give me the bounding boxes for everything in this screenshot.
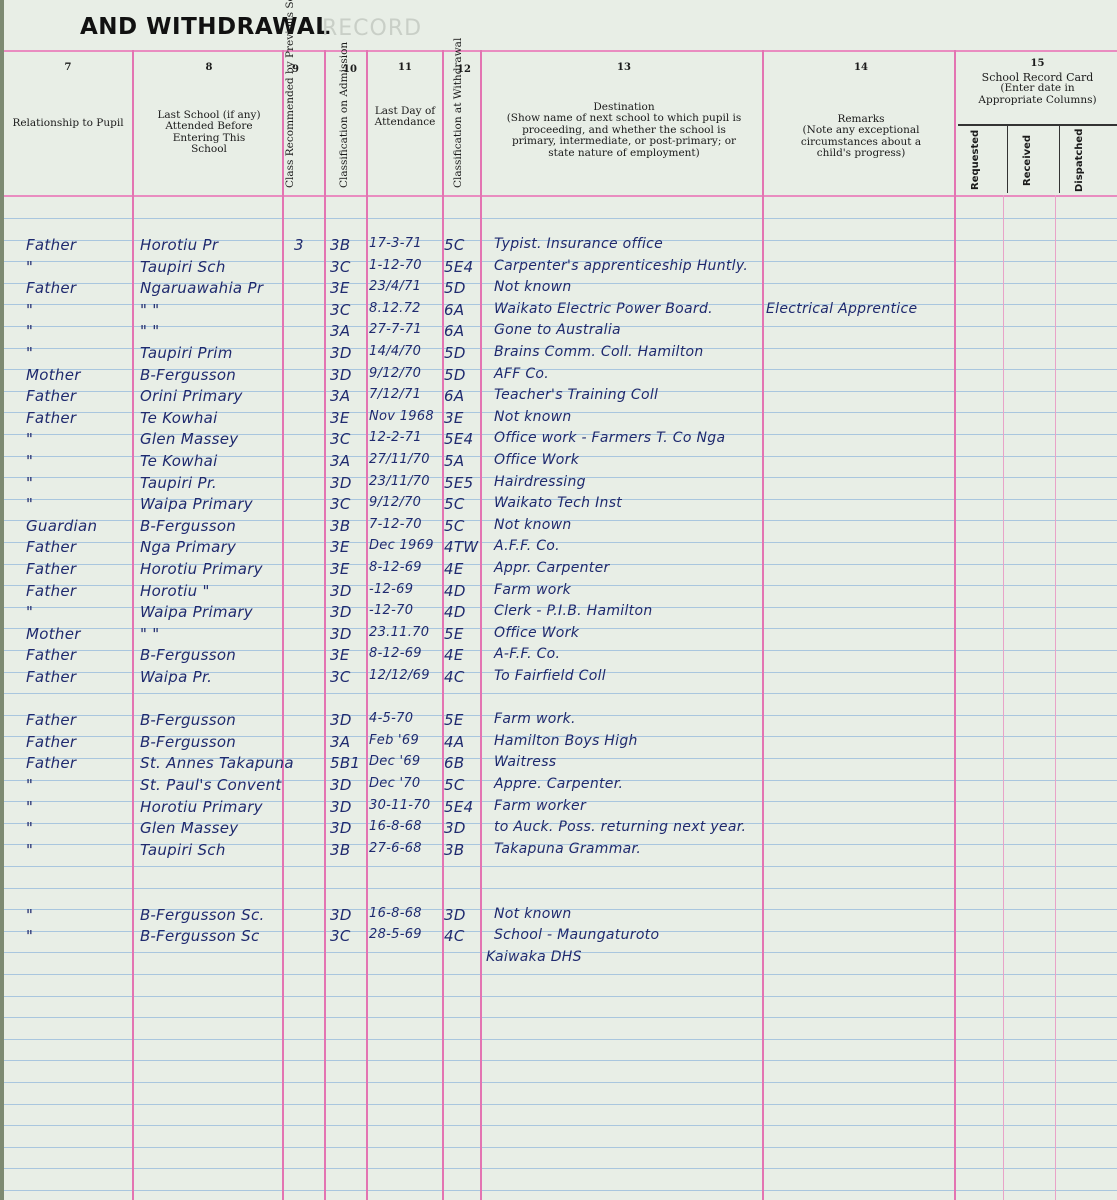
cell-admission: 3B bbox=[330, 841, 350, 859]
cell-withdrawal: 5E5 bbox=[444, 474, 473, 492]
cell-admission: 3A bbox=[330, 452, 350, 470]
column-rule bbox=[324, 50, 326, 1200]
cell-withdrawal: 5E4 bbox=[444, 798, 473, 816]
cell-last-day: 27-7-71 bbox=[369, 322, 422, 337]
cell-relationship: Mother bbox=[26, 625, 81, 643]
cell-destination: Clerk - P.I.B. Hamilton bbox=[494, 603, 653, 619]
cell-last-school: Te Kowhai bbox=[140, 409, 218, 427]
cell-destination: Gone to Australia bbox=[494, 322, 621, 338]
record-card-divider bbox=[958, 124, 1117, 126]
cell-admission: 3C bbox=[330, 668, 351, 686]
cell-destination: Waitress bbox=[494, 754, 556, 770]
cell-last-school: " " bbox=[140, 301, 159, 319]
cell-withdrawal: 6B bbox=[444, 754, 464, 772]
cell-relationship: Father bbox=[26, 236, 76, 254]
column-rule bbox=[282, 50, 284, 1200]
cell-withdrawal: 5D bbox=[444, 344, 466, 362]
cell-destination: Farm worker bbox=[494, 798, 586, 814]
cell-relationship: Father bbox=[26, 538, 76, 556]
cell-relationship: " bbox=[26, 258, 33, 276]
cell-withdrawal: 5D bbox=[444, 279, 466, 297]
cell-withdrawal: 5D bbox=[444, 366, 466, 384]
cell-withdrawal: 5C bbox=[444, 236, 465, 254]
ruled-line bbox=[4, 974, 1117, 975]
cell-withdrawal: 5C bbox=[444, 495, 465, 513]
cell-withdrawal: 5A bbox=[444, 452, 464, 470]
cell-last-day: 4-5-70 bbox=[369, 711, 413, 726]
cell-relationship: " bbox=[26, 798, 33, 816]
cell-destination: Farm work bbox=[494, 582, 571, 598]
cell-last-school: Waipa Pr. bbox=[140, 668, 212, 686]
cell-admission: 3E bbox=[330, 538, 350, 556]
cell-admission: 3D bbox=[330, 625, 352, 643]
cell-relationship: " bbox=[26, 927, 33, 945]
cell-relationship: Father bbox=[26, 711, 76, 729]
cell-admission: 3E bbox=[330, 560, 350, 578]
cell-destination: Waikato Tech Inst bbox=[494, 495, 622, 511]
cell-last-day: 23/4/71 bbox=[369, 279, 421, 294]
column-rule bbox=[132, 50, 134, 1200]
cell-destination: Teacher's Training Coll bbox=[494, 387, 658, 403]
cell-withdrawal: 4E bbox=[444, 560, 464, 578]
cell-last-school: Waipa Primary bbox=[140, 495, 253, 513]
cell-destination-line2: Kaiwaka DHS bbox=[486, 949, 582, 965]
column-rule bbox=[480, 50, 482, 1200]
cell-admission: 5B1 bbox=[330, 754, 360, 772]
ruled-line bbox=[4, 1060, 1117, 1061]
header-col-9-label: Class Recommended by Previous School bbox=[285, 78, 296, 188]
cell-last-school: B-Fergusson bbox=[140, 711, 236, 729]
cell-last-day: 9/12/70 bbox=[369, 366, 421, 381]
ruled-line bbox=[4, 1082, 1117, 1083]
header-col-10-label: Classification on Admission bbox=[339, 78, 350, 188]
cell-destination: Carpenter's apprenticeship Huntly. bbox=[494, 258, 748, 274]
cell-destination: Office work - Farmers T. Co Nga bbox=[494, 430, 725, 446]
ruled-line bbox=[4, 1104, 1117, 1105]
cell-last-school: Orini Primary bbox=[140, 387, 243, 405]
cell-withdrawal: 3D bbox=[444, 819, 466, 837]
cell-relationship: " bbox=[26, 322, 33, 340]
column-rule bbox=[366, 50, 368, 1200]
cell-last-day: 16-8-68 bbox=[369, 906, 422, 921]
cell-last-day: 8-12-69 bbox=[369, 646, 422, 661]
column-rule bbox=[1055, 195, 1056, 1200]
cell-last-school: Taupiri Sch bbox=[140, 841, 226, 859]
cell-last-school: Taupiri Pr. bbox=[140, 474, 217, 492]
cell-last-day: 28-5-69 bbox=[369, 927, 422, 942]
cell-admission: 3D bbox=[330, 474, 352, 492]
cell-admission: 3D bbox=[330, 711, 352, 729]
cell-relationship: " bbox=[26, 841, 33, 859]
column-rule bbox=[762, 50, 764, 1200]
cell-admission: 3E bbox=[330, 279, 350, 297]
cell-last-school: Horotiu Primary bbox=[140, 798, 263, 816]
cell-admission: 3E bbox=[330, 409, 350, 427]
ruled-line bbox=[4, 1125, 1117, 1126]
cell-last-day: 23.11.70 bbox=[369, 625, 429, 640]
header-col-14: 14 Remarks (Note any exceptional circums… bbox=[766, 62, 956, 160]
cell-admission: 3B bbox=[330, 236, 350, 254]
cell-relationship: " bbox=[26, 906, 33, 924]
cell-relationship: Father bbox=[26, 733, 76, 751]
cell-destination: AFF Co. bbox=[494, 366, 549, 382]
cell-last-day: Dec 1969 bbox=[369, 538, 434, 553]
cell-admission: 3C bbox=[330, 430, 351, 448]
cell-relationship: " bbox=[26, 344, 33, 362]
cell-relationship: " bbox=[26, 301, 33, 319]
cell-class-recommended: 3 bbox=[294, 236, 304, 254]
cell-last-school: Horotiu Primary bbox=[140, 560, 263, 578]
cell-destination: Hairdressing bbox=[494, 474, 586, 490]
record-card-sub-divider bbox=[1059, 125, 1060, 193]
cell-withdrawal: 5C bbox=[444, 776, 465, 794]
cell-admission: 3C bbox=[330, 258, 351, 276]
cell-destination: to Auck. Poss. returning next year. bbox=[494, 819, 746, 835]
ruled-line bbox=[4, 1168, 1117, 1169]
cell-relationship: Mother bbox=[26, 366, 81, 384]
cell-destination: Not known bbox=[494, 409, 572, 425]
cell-relationship: Father bbox=[26, 409, 76, 427]
cell-last-school: St. Annes Takapuna bbox=[140, 754, 294, 772]
cell-destination: Appr. Carpenter bbox=[494, 560, 610, 576]
ruled-line bbox=[4, 1017, 1117, 1018]
cell-last-day: 14/4/70 bbox=[369, 344, 421, 359]
cell-withdrawal: 6A bbox=[444, 322, 464, 340]
cell-admission: 3D bbox=[330, 582, 352, 600]
record-card-sub-divider bbox=[1007, 125, 1008, 193]
ruled-line bbox=[4, 1190, 1117, 1191]
cell-relationship: Father bbox=[26, 668, 76, 686]
cell-destination: Office Work bbox=[494, 625, 579, 641]
cell-destination: Takapuna Grammar. bbox=[494, 841, 641, 857]
cell-withdrawal: 4D bbox=[444, 603, 466, 621]
ruled-line bbox=[4, 1147, 1117, 1148]
column-rule bbox=[1003, 195, 1004, 1200]
cell-last-day: Feb '69 bbox=[369, 733, 419, 748]
cell-admission: 3C bbox=[330, 495, 351, 513]
cell-last-day: 12/12/69 bbox=[369, 668, 430, 683]
cell-last-school: Nga Primary bbox=[140, 538, 236, 556]
cell-admission: 3D bbox=[330, 344, 352, 362]
cell-last-school: B-Fergusson bbox=[140, 646, 236, 664]
cell-destination: Not known bbox=[494, 517, 572, 533]
cell-destination: Office Work bbox=[494, 452, 579, 468]
cell-withdrawal: 5E bbox=[444, 625, 464, 643]
cell-last-day: 7/12/71 bbox=[369, 387, 421, 402]
cell-withdrawal: 4C bbox=[444, 668, 465, 686]
cell-last-day: Dec '69 bbox=[369, 754, 421, 769]
cell-last-school: " " bbox=[140, 625, 159, 643]
ruled-line bbox=[4, 996, 1117, 997]
cell-admission: 3C bbox=[330, 927, 351, 945]
cell-last-school: Horotiu " bbox=[140, 582, 210, 600]
cell-withdrawal: 5C bbox=[444, 517, 465, 535]
cell-destination: Typist. Insurance office bbox=[494, 236, 663, 252]
cell-withdrawal: 6A bbox=[444, 387, 464, 405]
show-through-title: RECORD bbox=[322, 16, 422, 41]
subcol-requested: Requested bbox=[970, 128, 981, 192]
cell-relationship: " bbox=[26, 819, 33, 837]
cell-last-day: 1-12-70 bbox=[369, 258, 422, 273]
cell-last-day: -12-69 bbox=[369, 582, 413, 597]
cell-relationship: Father bbox=[26, 754, 76, 772]
cell-relationship: " bbox=[26, 452, 33, 470]
cell-last-day: -12-70 bbox=[369, 603, 413, 618]
ruled-line bbox=[4, 1039, 1117, 1040]
cell-admission: 3D bbox=[330, 798, 352, 816]
cell-withdrawal: 4E bbox=[444, 646, 464, 664]
cell-relationship: Guardian bbox=[26, 517, 97, 535]
cell-withdrawal: 5E bbox=[444, 711, 464, 729]
cell-relationship: Father bbox=[26, 560, 76, 578]
cell-last-day: 23/11/70 bbox=[369, 474, 430, 489]
cell-destination: Waikato Electric Power Board. bbox=[494, 301, 713, 317]
header-col-13: 13 Destination (Show name of next school… bbox=[484, 62, 764, 159]
cell-last-school: Ngaruawahia Pr bbox=[140, 279, 263, 297]
cell-admission: 3D bbox=[330, 776, 352, 794]
cell-last-day: 30-11-70 bbox=[369, 798, 430, 813]
cell-last-day: 27-6-68 bbox=[369, 841, 422, 856]
header-top-rule bbox=[4, 50, 1117, 52]
cell-admission: 3D bbox=[330, 603, 352, 621]
cell-last-day: 8-12-69 bbox=[369, 560, 422, 575]
ruled-line bbox=[4, 888, 1117, 889]
cell-last-day: 9/12/70 bbox=[369, 495, 421, 510]
cell-destination: A.F.F. Co. bbox=[494, 538, 560, 554]
cell-last-school: B-Fergusson bbox=[140, 733, 236, 751]
ruled-line bbox=[4, 218, 1117, 219]
cell-admission: 3A bbox=[330, 733, 350, 751]
cell-withdrawal: 6A bbox=[444, 301, 464, 319]
cell-destination: School - Maungaturoto bbox=[494, 927, 659, 943]
cell-last-school: " " bbox=[140, 322, 159, 340]
cell-withdrawal: 3D bbox=[444, 906, 466, 924]
cell-withdrawal: 4C bbox=[444, 927, 465, 945]
cell-relationship: " bbox=[26, 474, 33, 492]
header-col-11: 11 Last Day of Attendance bbox=[368, 62, 442, 129]
column-rule bbox=[954, 50, 956, 1200]
cell-relationship: Father bbox=[26, 582, 76, 600]
cell-last-school: Taupiri Prim bbox=[140, 344, 233, 362]
cell-remarks: Electrical Apprentice bbox=[766, 301, 917, 317]
cell-last-school: B-Fergusson Sc bbox=[140, 927, 260, 945]
cell-withdrawal: 3E bbox=[444, 409, 464, 427]
cell-relationship: Father bbox=[26, 646, 76, 664]
subcol-received: Received bbox=[1022, 128, 1033, 192]
cell-last-school: B-Fergusson Sc. bbox=[140, 906, 265, 924]
cell-relationship: " bbox=[26, 430, 33, 448]
cell-destination: A-F.F. Co. bbox=[494, 646, 560, 662]
header-col-15: 15 School Record Card (Enter date in App… bbox=[958, 58, 1117, 106]
cell-destination: To Fairfield Coll bbox=[494, 668, 606, 684]
cell-last-school: Glen Massey bbox=[140, 819, 238, 837]
ledger-page: AND WITHDRAWAL RECORD 7 Relationship to … bbox=[4, 0, 1117, 1200]
cell-last-day: 7-12-70 bbox=[369, 517, 422, 532]
cell-withdrawal: 5E4 bbox=[444, 258, 473, 276]
cell-relationship: " bbox=[26, 603, 33, 621]
cell-admission: 3E bbox=[330, 646, 350, 664]
cell-withdrawal: 4D bbox=[444, 582, 466, 600]
cell-admission: 3D bbox=[330, 366, 352, 384]
header-col-12-label: Classification at Withdrawal bbox=[453, 78, 464, 188]
cell-relationship: " bbox=[26, 495, 33, 513]
cell-last-day: 17-3-71 bbox=[369, 236, 422, 251]
cell-destination: Hamilton Boys High bbox=[494, 733, 638, 749]
subcol-dispatched: Dispatched bbox=[1074, 128, 1085, 192]
header-bottom-rule bbox=[4, 195, 1117, 197]
header-col-8: 8 Last School (if any) Attended Before E… bbox=[134, 62, 284, 156]
cell-admission: 3D bbox=[330, 819, 352, 837]
ruled-line bbox=[4, 866, 1117, 867]
cell-relationship: " bbox=[26, 776, 33, 794]
cell-last-school: B-Fergusson bbox=[140, 366, 236, 384]
cell-last-day: Dec '70 bbox=[369, 776, 421, 791]
cell-destination: Farm work. bbox=[494, 711, 576, 727]
cell-admission: 3C bbox=[330, 301, 351, 319]
cell-admission: 3A bbox=[330, 322, 350, 340]
cell-withdrawal: 4TW bbox=[444, 538, 478, 556]
cell-destination: Not known bbox=[494, 906, 572, 922]
cell-last-school: Horotiu Pr bbox=[140, 236, 218, 254]
cell-last-day: Nov 1968 bbox=[369, 409, 434, 424]
cell-last-school: Glen Massey bbox=[140, 430, 238, 448]
cell-relationship: Father bbox=[26, 387, 76, 405]
cell-destination: Brains Comm. Coll. Hamilton bbox=[494, 344, 704, 360]
ruled-line bbox=[4, 693, 1117, 694]
cell-admission: 3D bbox=[330, 906, 352, 924]
cell-last-school: B-Fergusson bbox=[140, 517, 236, 535]
cell-last-day: 27/11/70 bbox=[369, 452, 430, 467]
cell-destination: Not known bbox=[494, 279, 572, 295]
cell-relationship: Father bbox=[26, 279, 76, 297]
cell-admission: 3B bbox=[330, 517, 350, 535]
cell-withdrawal: 3B bbox=[444, 841, 464, 859]
cell-last-day: 12-2-71 bbox=[369, 430, 422, 445]
cell-last-day: 16-8-68 bbox=[369, 819, 422, 834]
cell-withdrawal: 5E4 bbox=[444, 430, 473, 448]
cell-last-school: Taupiri Sch bbox=[140, 258, 226, 276]
cell-destination: Appre. Carpenter. bbox=[494, 776, 623, 792]
cell-withdrawal: 4A bbox=[444, 733, 464, 751]
cell-last-school: Waipa Primary bbox=[140, 603, 253, 621]
cell-admission: 3A bbox=[330, 387, 350, 405]
cell-last-school: Te Kowhai bbox=[140, 452, 218, 470]
cell-last-school: St. Paul's Convent bbox=[140, 776, 282, 794]
cell-last-day: 8.12.72 bbox=[369, 301, 421, 316]
header-col-7: 7 Relationship to Pupil bbox=[4, 62, 132, 129]
